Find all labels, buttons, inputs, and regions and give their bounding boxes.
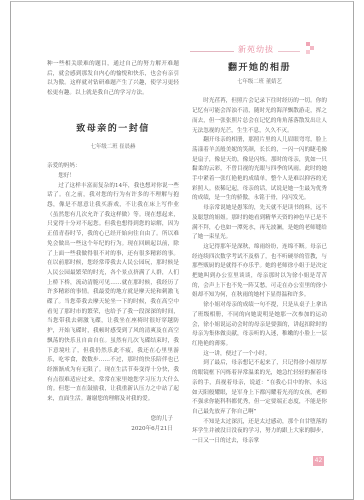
- essay-paragraph: 翻开母亲的相册，那照片里的人儿眉眼弯弯，脸上荡漾着羊羔般美妮的笑颜，长长的，一闪…: [192, 136, 327, 204]
- essay-paragraph: 到了最后，母亲想记不起来了，只记得徐小姐厚厚的眼镜框下闪烁着异常温柔的光，她急忙…: [192, 359, 327, 417]
- essay-title: 翻开她的相册: [192, 64, 327, 74]
- letter-body: 过了这样丰富而复杂的14年，我也想对你说一些话了。在之前，我对您的行为有许多的不…: [47, 182, 179, 405]
- section-subtitle: [278, 48, 300, 52]
- header-rule: [190, 51, 234, 52]
- letter-greeting: 您好！: [47, 172, 179, 182]
- intro-paragraph: 种一些相关联难的题目，通过自己的努力解开难题后，就会感到那发自内心的愉悦和快乐，…: [47, 60, 179, 99]
- essay-paragraph: 这一讲，便过了一个小时。: [192, 350, 327, 360]
- essay-paragraph: 徐小姐对母亲的成绩一句不提，只是从桌子上拿出了班级相册，不同的向她说明是她那一次…: [192, 301, 327, 350]
- letter-byline: 七年级二班 崔晨赫: [47, 143, 179, 153]
- letter-date: 2020年6月21日: [47, 425, 179, 435]
- essay-byline: 七年级二班 董婧艺: [192, 78, 327, 88]
- letter-salutation: 亲爱的妈妈：: [47, 162, 179, 172]
- right-column: 翻开她的相册 七年级二班 董婧艺 时光荏苒，但照片会记录下往时经历的一切。你的记…: [192, 60, 327, 447]
- essay-paragraph: 母亲常说她是愚笨的，先天就不是读书的料，远不及聪慧的姐姐。那时的她看到精华天资的…: [192, 204, 327, 243]
- section-header: 新苑幼拔: [190, 42, 340, 58]
- page-number: 42: [313, 456, 324, 466]
- essay-paragraph: 时光荏苒，但照片会记录下往时经历的一切。你的记忆有可能会浑浊不清，随时光的海洋飘…: [192, 97, 327, 136]
- decorative-squares-icon: [304, 42, 314, 56]
- essay-paragraph: 不知是太过深沉，还是太过感动，那个自甘堕落的坏学生并被没日没夜的学习，努力的跟上…: [192, 418, 327, 447]
- left-column: 种一些相关联难的题目，通过自己的努力解开难题后，就会感到那发自内心的愉悦和快乐，…: [47, 60, 179, 434]
- section-title: 新苑幼拔: [238, 44, 274, 55]
- letter-title: 致母亲的一封信: [47, 125, 179, 135]
- letter-signature: 您的儿子: [47, 415, 179, 425]
- essay-paragraph: 这记得那年是深秋，绵雨纷纷，连绵不断。母亲已经连续四次数学考试不及格了，也不听硬…: [192, 243, 327, 301]
